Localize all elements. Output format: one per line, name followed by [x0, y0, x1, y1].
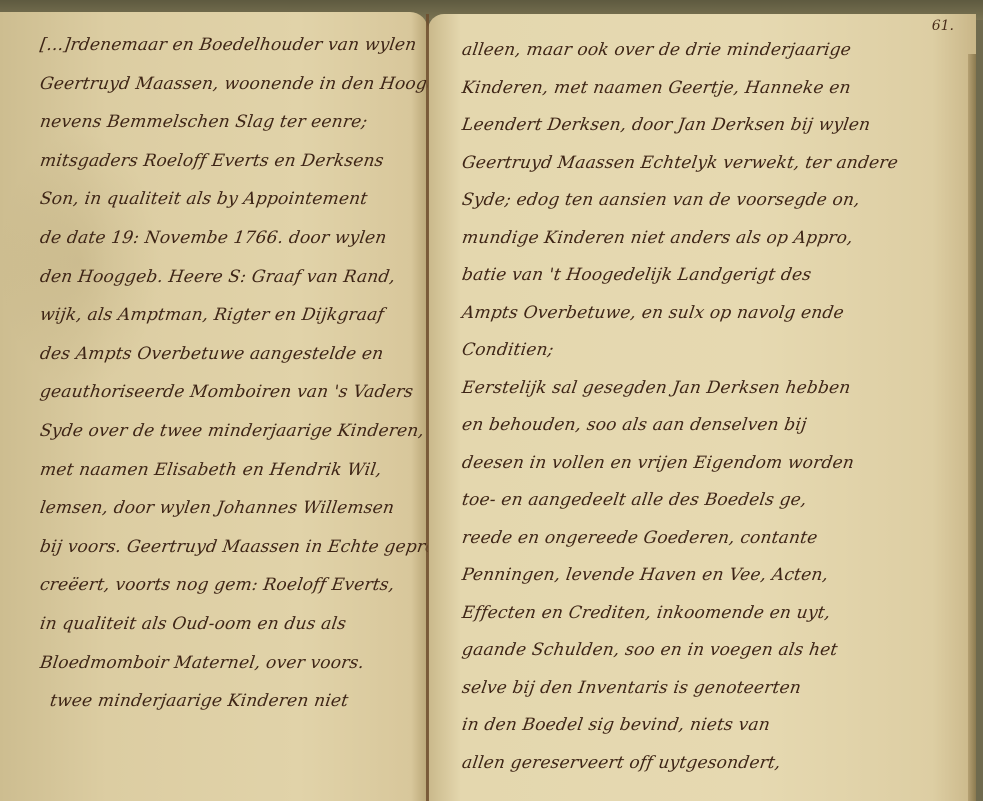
- manuscript-line: nevens Bemmelschen Slag ter eenre;: [37, 103, 422, 142]
- manuscript-line: bij voors. Geertruyd Maassen in Echte ge…: [37, 528, 422, 567]
- manuscript-line: twee minderjaarige Kinderen niet: [37, 682, 422, 721]
- manuscript-line: en behouden, soo als aan denselven bij: [459, 407, 954, 445]
- manuscript-line: [...]rdenemaar en Boedelhouder van wylen: [37, 26, 422, 65]
- manuscript-line: Geertruyd Maassen, woonende in den Hooge…: [37, 65, 422, 104]
- manuscript-line: Conditien;: [459, 332, 954, 370]
- manuscript-line: den Hooggeb. Heere S: Graaf van Rand,: [37, 258, 422, 297]
- manuscript-line: batie van 't Hoogedelijk Landgerigt des: [459, 257, 954, 295]
- right-page-text: alleen, maar ook over de drie minderjaar…: [462, 32, 952, 782]
- manuscript-line: reede en ongereede Goederen, contante: [459, 520, 954, 558]
- manuscript-line: Ampts Overbetuwe, en sulx op navolg ende: [459, 295, 954, 333]
- manuscript-line: lemsen, door wylen Johannes Willemsen: [37, 489, 422, 528]
- manuscript-line: creëert, voorts nog gem: Roeloff Everts,: [37, 566, 422, 605]
- manuscript-line: wijk, als Amptman, Rigter en Dijkgraaf: [37, 296, 422, 335]
- book-spine-gutter: [426, 14, 429, 801]
- manuscript-line: allen gereserveert off uytgesondert,: [459, 745, 954, 783]
- manuscript-line: Son, in qualiteit als by Appointement: [37, 180, 422, 219]
- manuscript-line: Syde; edog ten aansien van de voorsegde …: [459, 182, 954, 220]
- manuscript-line: selve bij den Inventaris is genoteerten: [459, 670, 954, 708]
- left-page-text: [...]rdenemaar en Boedelhouder van wylen…: [40, 26, 420, 721]
- manuscript-line: deesen in vollen en vrijen Eigendom word…: [459, 445, 954, 483]
- manuscript-line: alleen, maar ook over de drie minderjaar…: [459, 32, 954, 70]
- manuscript-line: met naamen Elisabeth en Hendrik Wil,: [37, 451, 422, 490]
- open-manuscript-book: [...]rdenemaar en Boedelhouder van wylen…: [0, 0, 983, 801]
- manuscript-line: Kinderen, met naamen Geertje, Hanneke en: [459, 70, 954, 108]
- manuscript-line: toe- en aangedeelt alle des Boedels ge,: [459, 482, 954, 520]
- manuscript-line: des Ampts Overbetuwe aangestelde en: [37, 335, 422, 374]
- right-page: 61. alleen, maar ook over de drie minder…: [428, 14, 976, 801]
- manuscript-line: Bloedmomboir Maternel, over voors.: [37, 644, 422, 683]
- manuscript-line: mundige Kinderen niet anders als op Appr…: [459, 220, 954, 258]
- manuscript-line: in den Boedel sig bevind, niets van: [459, 707, 954, 745]
- manuscript-line: geauthoriseerde Momboiren van 's Vaders: [37, 373, 422, 412]
- manuscript-line: de date 19: Novembe 1766. door wylen: [37, 219, 422, 258]
- manuscript-line: in qualiteit als Oud-oom en dus als: [37, 605, 422, 644]
- manuscript-line: Syde over de twee minderjaarige Kinderen…: [37, 412, 422, 451]
- page-edge: [968, 54, 976, 801]
- manuscript-line: Leendert Derksen, door Jan Derksen bij w…: [459, 107, 954, 145]
- manuscript-line: Penningen, levende Haven en Vee, Acten,: [459, 557, 954, 595]
- manuscript-line: Eerstelijk sal gesegden Jan Derksen hebb…: [459, 370, 954, 408]
- manuscript-line: mitsgaders Roeloff Everts en Derksens: [37, 142, 422, 181]
- manuscript-line: gaande Schulden, soo en in voegen als he…: [459, 632, 954, 670]
- manuscript-line: Geertruyd Maassen Echtelyk verwekt, ter …: [459, 145, 954, 183]
- left-page: [...]rdenemaar en Boedelhouder van wylen…: [0, 12, 428, 801]
- manuscript-line: Effecten en Crediten, inkoomende en uyt,: [459, 595, 954, 633]
